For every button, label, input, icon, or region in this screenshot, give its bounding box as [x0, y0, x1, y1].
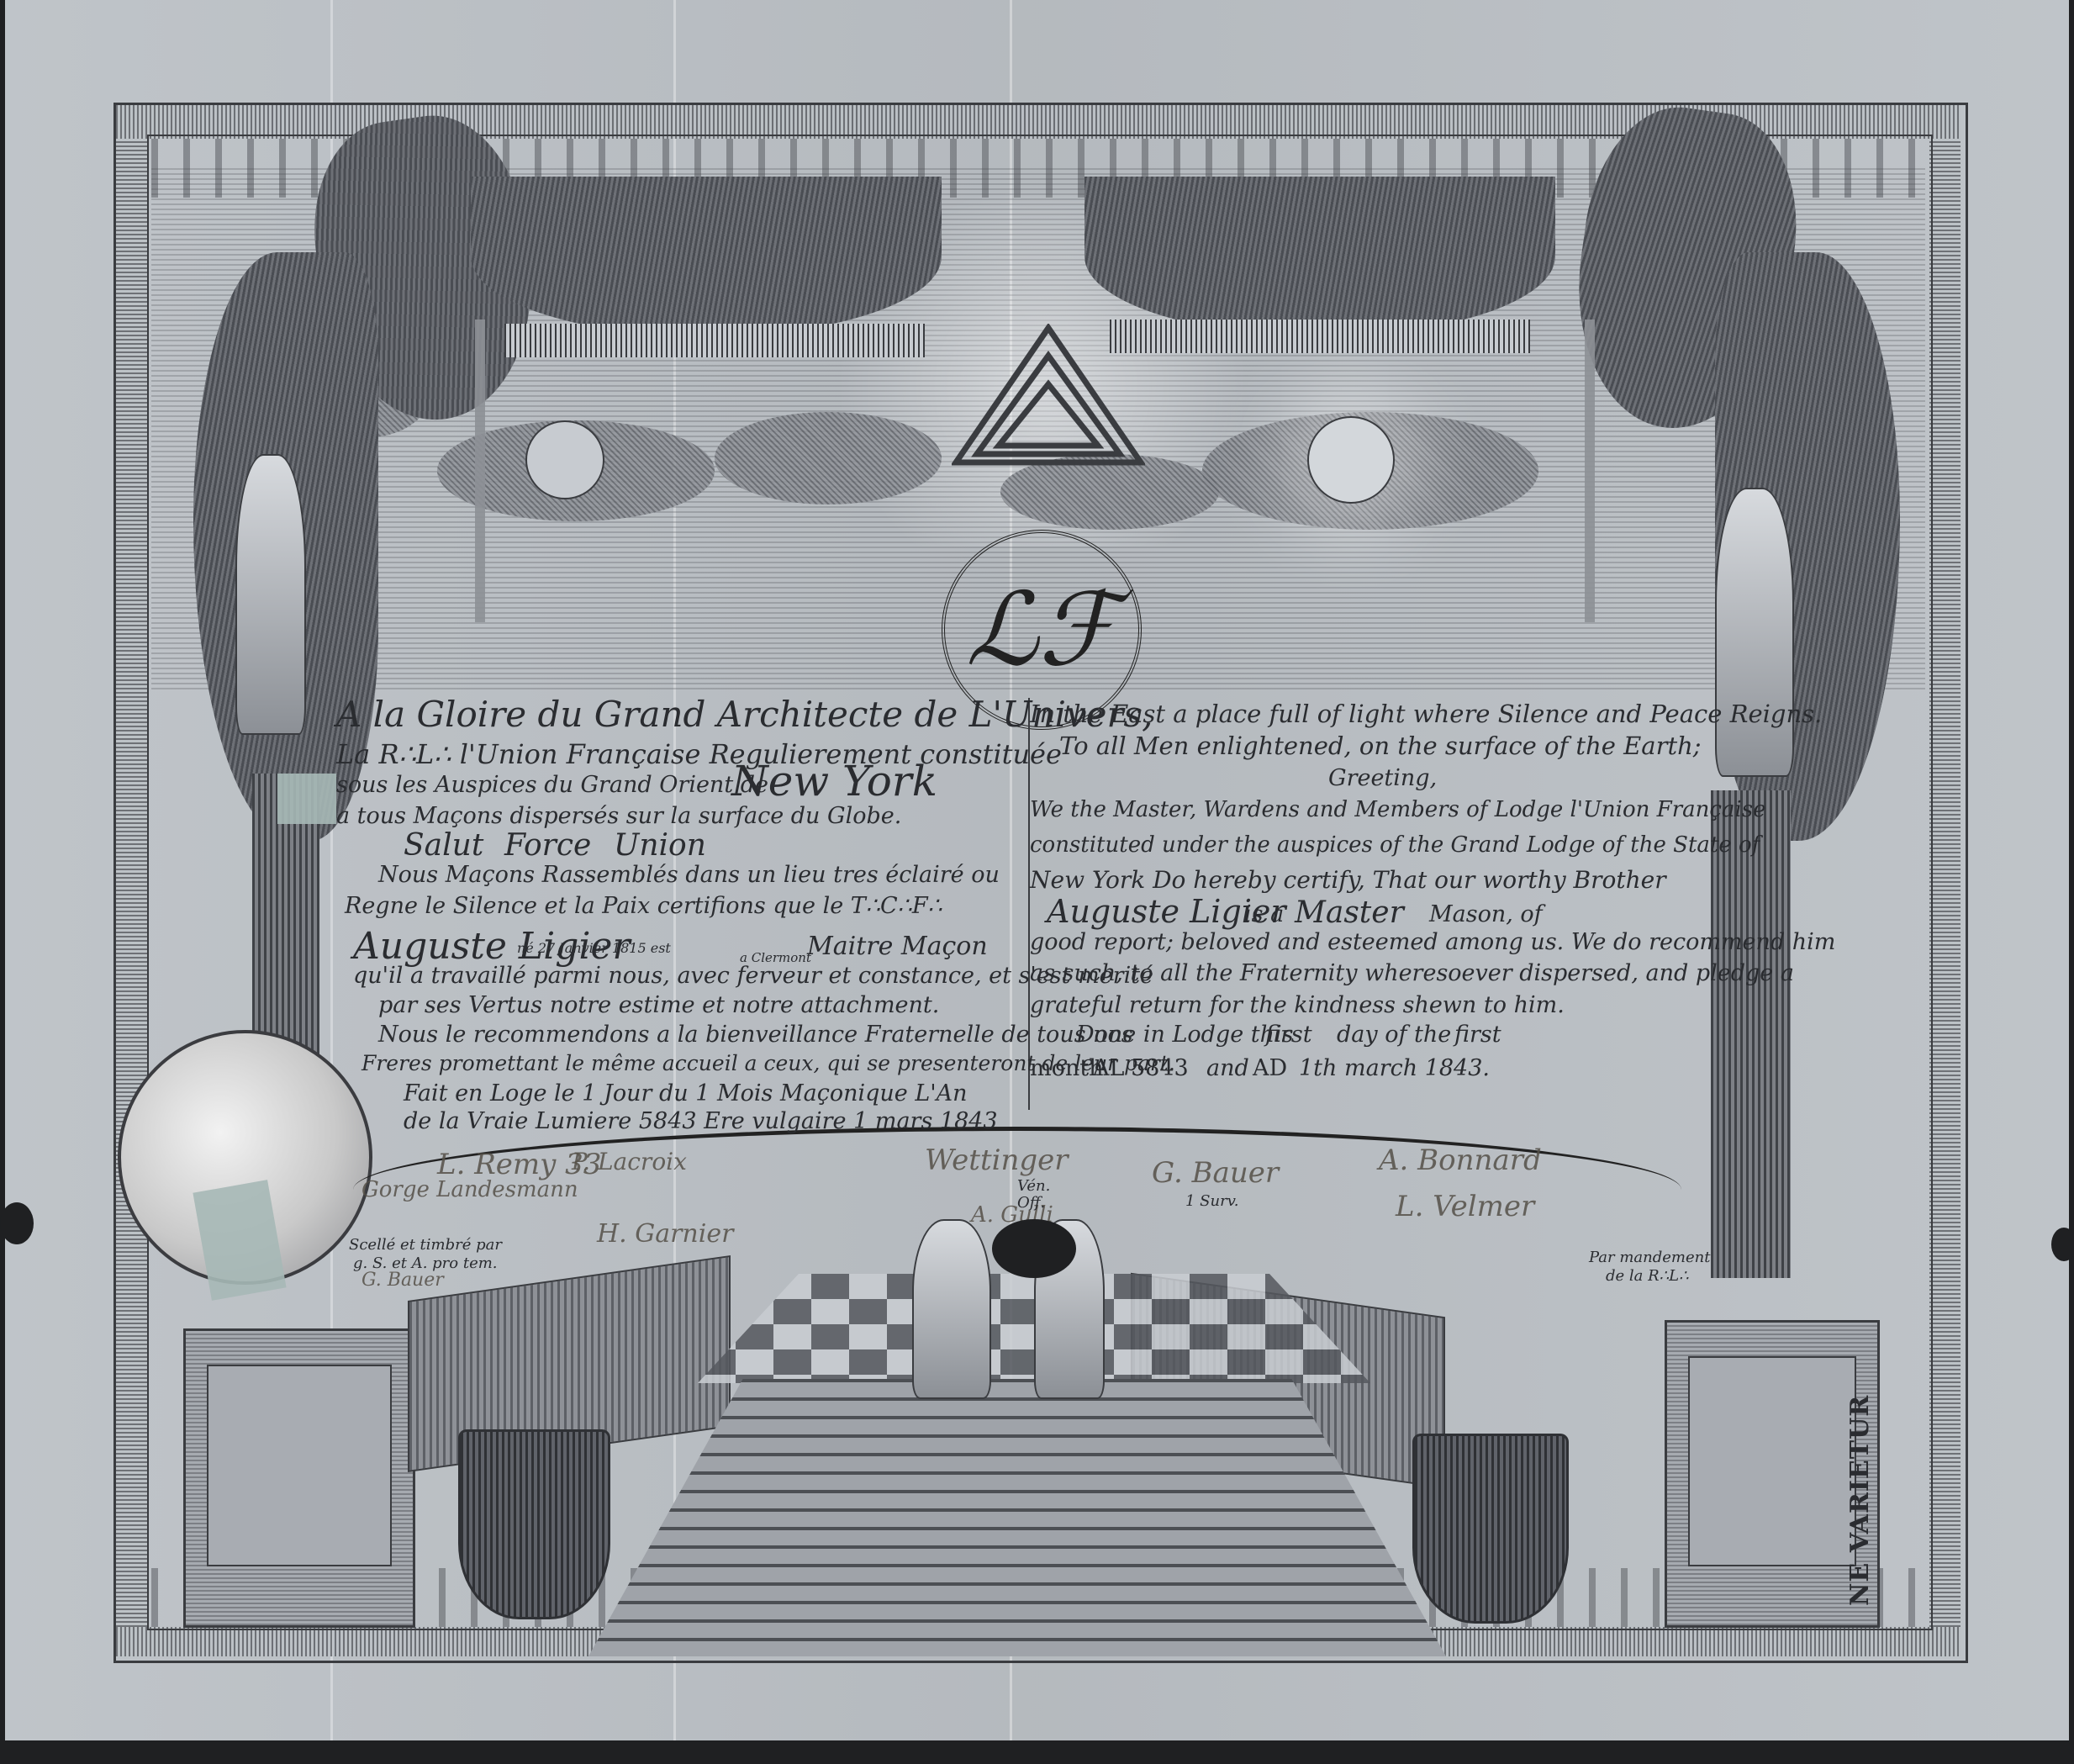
motto-ne-varietur: NE VARIETUR — [1845, 1395, 1875, 1606]
french-line-4: a tous Maçons dispersés sur la surface d… — [336, 803, 901, 829]
mandate-note-2: de la R∴L∴ — [1606, 1267, 1689, 1285]
english-body-1: We the Master, Wardens and Members of Lo… — [1030, 797, 1765, 822]
tassel-cord-right — [1585, 320, 1595, 622]
french-degree: Maitre Maçon — [807, 932, 988, 961]
english-body2-2: as such, to all the Fraternity wheresoev… — [1030, 960, 1794, 986]
seal-note-signature: G. Bauer — [361, 1270, 444, 1291]
signature-title: Vén. — [1017, 1177, 1050, 1195]
drape-swag-right — [1084, 177, 1555, 336]
signature: A. Bonnard — [1379, 1143, 1542, 1177]
altar-eagle — [458, 1429, 610, 1619]
drape-fringe — [1110, 320, 1530, 353]
english-done-prefix: Done in Lodge this — [1076, 1022, 1294, 1048]
french-salut: Salut — [404, 828, 483, 863]
english-al-year: 5843 — [1131, 1055, 1189, 1081]
signature: L. Velmer — [1396, 1190, 1534, 1223]
signature-title: 1 Surv. — [1185, 1192, 1238, 1210]
signature: P. Lacroix — [572, 1148, 687, 1175]
french-birth-note: né 27 Janvier 1815 est — [517, 940, 671, 956]
english-done-day: first — [1265, 1022, 1312, 1048]
signature: G. Bauer — [1152, 1156, 1279, 1190]
english-body2-3: grateful return for the kindness shewn t… — [1030, 992, 1565, 1018]
drape-fringe — [504, 324, 925, 357]
border-left — [116, 139, 147, 1627]
english-ad-date: 1th march 1843. — [1299, 1055, 1490, 1081]
signature-title: Off. — [1017, 1194, 1045, 1212]
french-closing-2: de la Vraie Lumiere 5843 Ere vulgaire 1 … — [404, 1108, 998, 1134]
paper-hole — [992, 1219, 1076, 1278]
seal-note-1: Scellé et timbré par — [349, 1236, 502, 1254]
french-new-york: New York — [731, 757, 937, 805]
english-ad-label: AD — [1253, 1055, 1287, 1081]
french-body-1: Nous Maçons Rassemblés dans un lieu tres… — [378, 862, 1000, 888]
signature: H. Garnier — [597, 1219, 733, 1249]
english-is-a: is a — [1244, 901, 1284, 927]
french-line-3: sous les Auspices du Grand Orient de — [336, 772, 768, 798]
english-al-label: AL — [1093, 1055, 1124, 1081]
column-right — [1711, 790, 1791, 1278]
english-body-2: constituted under the auspices of the Gr… — [1030, 832, 1760, 858]
paper-edge-tear — [0, 1202, 34, 1244]
ribbon-label — [277, 774, 336, 824]
english-degree: Master — [1295, 895, 1404, 930]
french-body2-3: Nous le recommendons a la bienveillance … — [378, 1022, 1133, 1048]
mandate-note-1: Par mandement — [1589, 1249, 1710, 1266]
english-body-3: New York Do hereby certify, That our wor… — [1030, 866, 1666, 894]
english-done-month: first — [1454, 1022, 1501, 1048]
english-body2-1: good report; beloved and esteemed among … — [1030, 929, 1835, 955]
altar-flame — [1412, 1434, 1569, 1624]
statue-wisdom — [1715, 488, 1794, 777]
french-body-2: Regne le Silence et la Paix certifions q… — [345, 893, 942, 919]
pedestal-left — [183, 1328, 415, 1628]
french-force: Force — [504, 828, 591, 863]
sun-face-icon — [1307, 416, 1395, 504]
signature: Wettinger — [925, 1143, 1069, 1177]
figure-king — [912, 1219, 991, 1399]
cloud — [715, 412, 942, 504]
signature: Gorge Landesmann — [361, 1177, 578, 1202]
moon-face-icon — [525, 420, 604, 499]
english-mason-of: Mason, of — [1429, 901, 1543, 927]
border-right — [1929, 139, 1961, 1627]
paper-edge-tear — [2051, 1228, 2074, 1261]
french-line-2: La R∴L∴ l'Union Française Regulierement … — [336, 738, 1062, 770]
french-union: Union — [614, 828, 706, 863]
tassel-cord-left — [475, 320, 485, 622]
english-done-middle: day of the — [1337, 1022, 1451, 1048]
english-greeting: Greeting, — [1328, 765, 1437, 791]
english-and: and — [1206, 1055, 1249, 1081]
english-line-2: To all Men enlightened, on the surface o… — [1059, 731, 1702, 760]
statue-hercules — [235, 454, 306, 735]
drape-swag-left — [471, 177, 942, 336]
french-closing-1: Fait en Loge le 1 Jour du 1 Mois Maçoniq… — [404, 1080, 968, 1106]
english-line-1: In the East a place full of light where … — [1030, 700, 1822, 728]
french-body2-2: par ses Vertus notre estime et notre att… — [378, 992, 939, 1018]
